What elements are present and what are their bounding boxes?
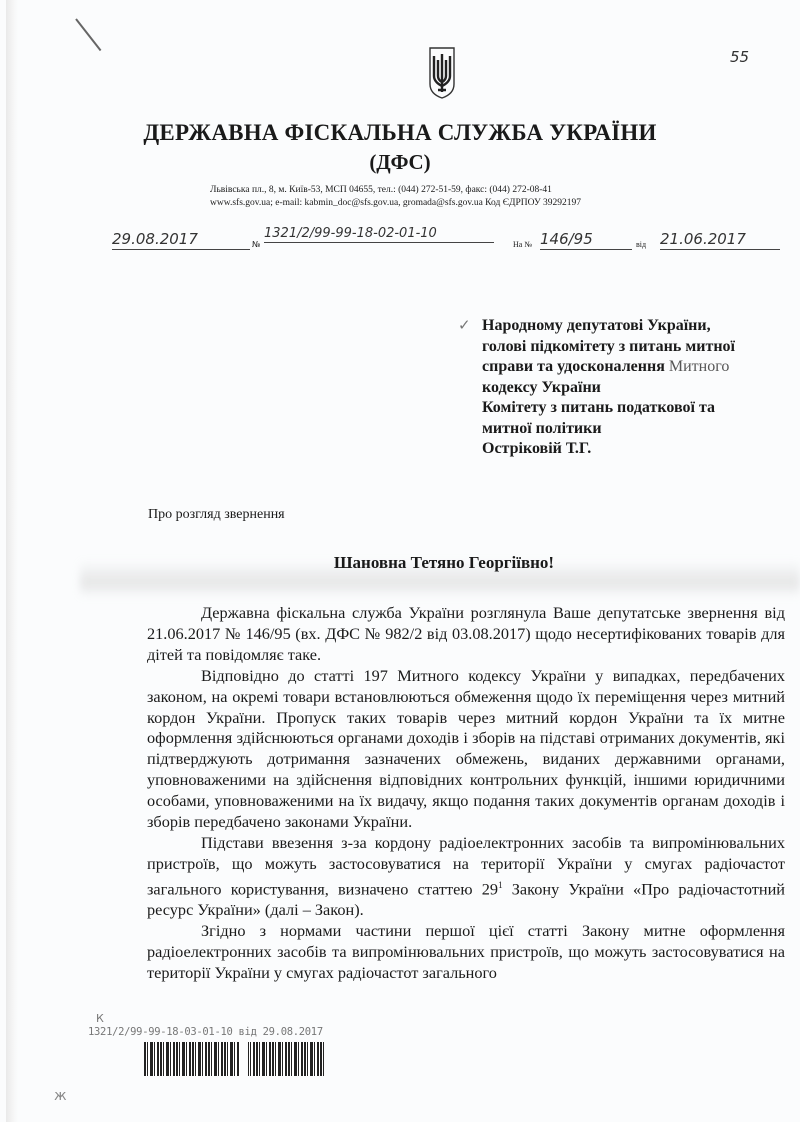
- outgoing-date: 29.08.2017: [112, 230, 250, 250]
- addressee-line: справи та удосконалення Митного: [482, 357, 782, 378]
- addressee-line: Народному депутатові України,: [482, 316, 782, 337]
- pen-stroke-mark: [75, 18, 101, 51]
- reference-label: На №: [513, 240, 532, 249]
- number-label: №: [252, 240, 260, 249]
- ukraine-trident-icon: [428, 46, 456, 100]
- barcode-gap: [240, 1042, 248, 1076]
- body-paragraph: Відповідно до статті 197 Митного кодексу…: [147, 666, 785, 833]
- body-paragraph: Підстави ввезення з-за кордону радіоелек…: [147, 833, 785, 921]
- outgoing-number: 1321/2/99-99-18-02-01-10: [264, 226, 494, 243]
- salutation: Шановна Тетяно Георгіївно!: [0, 553, 800, 573]
- organization-abbreviation: (ДФС): [0, 150, 800, 175]
- scanned-letter-page: 55 ДЕРЖАВНА ФІСКАЛЬНА СЛУЖБА УКРАЇНИ (ДФ…: [0, 0, 800, 1122]
- reference-date: 21.06.2017: [660, 230, 780, 250]
- reference-number: 146/95: [540, 230, 632, 250]
- contact-details: Львівська пл., 8, м. Київ-53, МСП 04655,…: [210, 184, 600, 210]
- registration-barcode: К 1321/2/99-99-18-03-01-10 від 29.08.201…: [88, 1012, 328, 1112]
- letter-body: Державна фіскальна служба України розгля…: [147, 603, 785, 984]
- organization-title: ДЕРЖАВНА ФІСКАЛЬНА СЛУЖБА УКРАЇНИ: [0, 120, 800, 146]
- addressee-line: голові підкомітету з питань митної: [482, 337, 782, 358]
- letter-subject: Про розгляд звернення: [148, 507, 285, 523]
- body-paragraph: Державна фіскальна служба України розгля…: [147, 603, 785, 666]
- addressee-line: Острiковій Т.Г.: [482, 439, 782, 460]
- addressee-block: ✓ Народному депутатові України, голові п…: [482, 316, 782, 460]
- addressee-line: Комітету з питань податкової та: [482, 398, 782, 419]
- handwritten-page-number: 55: [730, 48, 749, 66]
- contact-line-web: www.sfs.gov.ua; e-mail: kabmin_doc@sfs.g…: [210, 197, 600, 210]
- barcode-letter: К: [96, 1012, 104, 1025]
- addressee-line: митної політики: [482, 419, 782, 440]
- check-mark-icon: ✓: [458, 316, 471, 337]
- barcode-number: 1321/2/99-99-18-03-01-10 від 29.08.2017: [88, 1026, 323, 1038]
- contact-line-address: Львівська пл., 8, м. Київ-53, МСП 04655,…: [210, 184, 600, 197]
- faded-word: Митного: [669, 358, 730, 375]
- margin-mark: ж: [54, 1088, 67, 1104]
- reference-from-label: від: [636, 240, 646, 249]
- addressee-line: кодексу України: [482, 378, 782, 399]
- barcode-icon: [144, 1042, 324, 1076]
- registration-line: 29.08.2017 № 1321/2/99-99-18-02-01-10 На…: [100, 226, 780, 256]
- body-paragraph: Згідно з нормами частини першої цієї ста…: [147, 921, 785, 984]
